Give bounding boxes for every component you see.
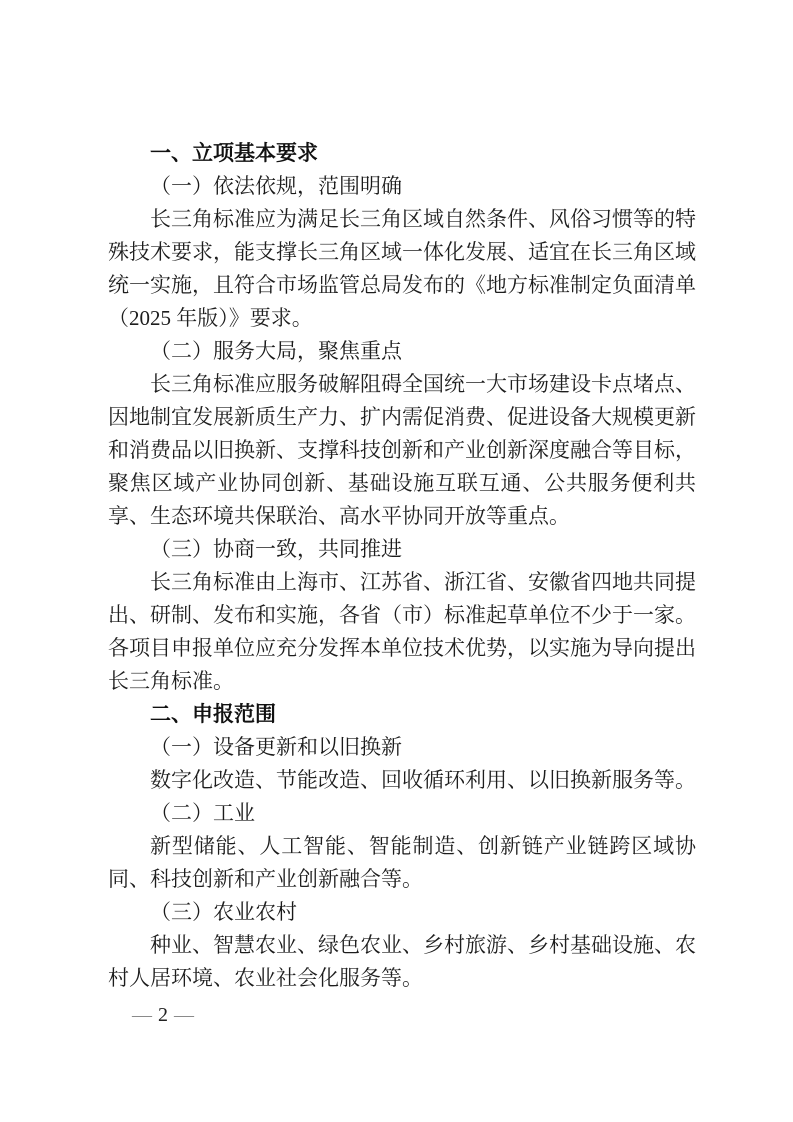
document-page: 一、立项基本要求 （一）依法依规，范围明确 长三角标准应为满足长三角区域自然条件… [0,0,793,1122]
page-number: —2— [126,1002,200,1028]
clause-heading-2-2: （二）工业 [108,797,696,830]
paragraph-2-3: 种业、智慧农业、绿色农业、乡村旅游、乡村基础设施、农村人居环境、农业社会化服务等… [108,929,696,995]
page-number-value: 2 [158,1004,168,1026]
paragraph-1-1: 长三角标准应为满足长三角区域自然条件、风俗习惯等的特殊技术要求，能支撑长三角区域… [108,203,696,335]
page-number-dash-left: — [126,1004,158,1026]
paragraph-1-2: 长三角标准应服务破解阻碍全国统一大市场建设卡点堵点、因地制宜发展新质生产力、扩内… [108,368,696,533]
paragraph-2-1: 数字化改造、节能改造、回收循环利用、以旧换新服务等。 [108,764,696,797]
clause-heading-1-3: （三）协商一致，共同推进 [108,533,696,566]
paragraph-1-3: 长三角标准由上海市、江苏省、浙江省、安徽省四地共同提出、研制、发布和实施，各省（… [108,566,696,698]
clause-heading-2-3: （三）农业农村 [108,896,696,929]
section-heading-2: 二、申报范围 [108,698,696,731]
page-number-dash-right: — [168,1004,200,1026]
clause-heading-1-2: （二）服务大局，聚焦重点 [108,335,696,368]
paragraph-2-2: 新型储能、人工智能、智能制造、创新链产业链跨区域协同、科技创新和产业创新融合等。 [108,830,696,896]
clause-heading-1-1: （一）依法依规，范围明确 [108,170,696,203]
clause-heading-2-1: （一）设备更新和以旧换新 [108,731,696,764]
document-body: 一、立项基本要求 （一）依法依规，范围明确 长三角标准应为满足长三角区域自然条件… [108,137,696,995]
section-heading-1: 一、立项基本要求 [108,137,696,170]
